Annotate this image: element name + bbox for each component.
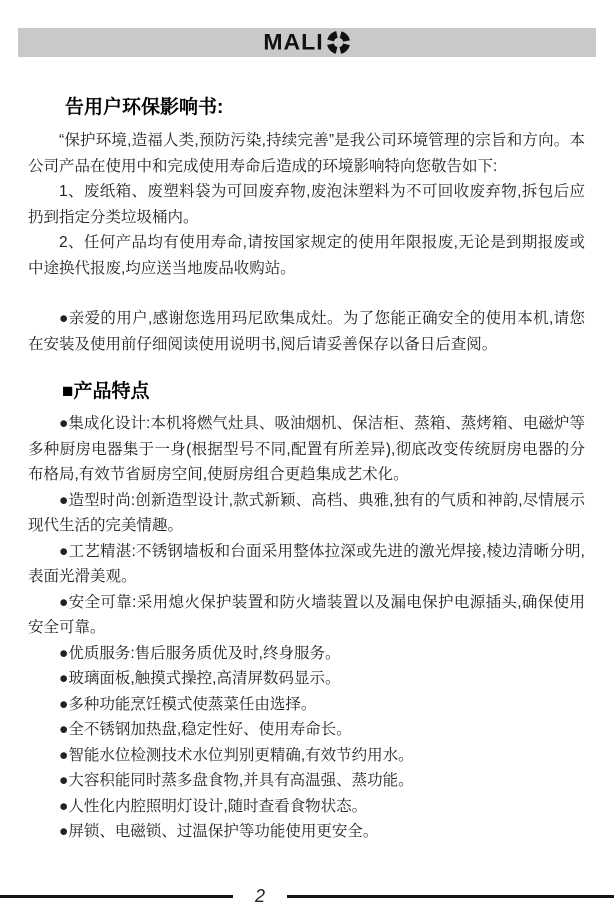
user-greeting-paragraph: ●亲爱的用户,感谢您选用玛尼欧集成灶。为了您能正确安全的使用本机,请您在安装及使… <box>28 306 585 357</box>
manual-page: MALI 告用户环保影响书: “保护环境,造福人类,预防污染,持续完善”是我公司… <box>0 0 614 917</box>
page-number: 2 <box>233 887 287 905</box>
notice-item-1: 1、废纸箱、废塑料袋为可回废弃物,废泡沫塑料为不可回收废弃物,拆包后应扔到指定分… <box>28 179 585 230</box>
brand-logo-text: MALI <box>263 32 323 54</box>
feature-item: ●造型时尚:创新造型设计,款式新颖、高档、典雅,独有的气质和神韵,尽情展示现代生… <box>28 488 585 539</box>
notice-item-2: 2、任何产品均有使用寿命,请按国家规定的使用年限报废,无论是到期报废或中途换代报… <box>28 230 585 281</box>
features-title: ■产品特点 <box>62 378 585 406</box>
brand-banner: MALI <box>18 28 596 57</box>
page-footer: 2 <box>0 885 614 907</box>
footer-rule-right <box>287 895 614 898</box>
feature-item: ●全不锈钢加热盘,稳定性好、使用寿命长。 <box>28 717 585 743</box>
page-content: 告用户环保影响书: “保护环境,造福人类,预防污染,持续完善”是我公司环境管理的… <box>28 94 585 845</box>
brand-logo: MALI <box>263 30 350 55</box>
feature-item: ●工艺精湛:不锈钢墙板和台面采用整体拉深或先进的激光焊接,棱边清晰分明,表面光滑… <box>28 539 585 590</box>
feature-item: ●屏锁、电磁锁、过温保护等功能使用更安全。 <box>28 819 585 845</box>
feature-item: ●玻璃面板,触摸式操控,高清屏数码显示。 <box>28 666 585 692</box>
feature-item: ●人性化内腔照明灯设计,随时查看食物状态。 <box>28 794 585 820</box>
feature-item: ●智能水位检测技术水位判别更精确,有效节约用水。 <box>28 743 585 769</box>
notice-title: 告用户环保影响书: <box>65 94 585 122</box>
feature-item: ●集成化设计:本机将燃气灶具、吸油烟机、保洁柜、蒸箱、蒸烤箱、电磁炉等多种厨房电… <box>28 411 585 488</box>
footer-rule-left <box>0 895 233 898</box>
feature-item: ●优质服务:售后服务质优及时,终身服务。 <box>28 641 585 667</box>
feature-item: ●安全可靠:采用熄火保护装置和防火墙装置以及漏电保护电源插头,确保使用安全可靠。 <box>28 590 585 641</box>
feature-item: ●大容积能同时蒸多盘食物,并具有高温强、蒸功能。 <box>28 768 585 794</box>
feature-item: ●多种功能烹饪模式使蒸菜任由选择。 <box>28 692 585 718</box>
notice-intro-paragraph: “保护环境,造福人类,预防污染,持续完善”是我公司环境管理的宗旨和方向。本公司产… <box>28 128 585 179</box>
segmented-o-icon <box>326 30 351 55</box>
